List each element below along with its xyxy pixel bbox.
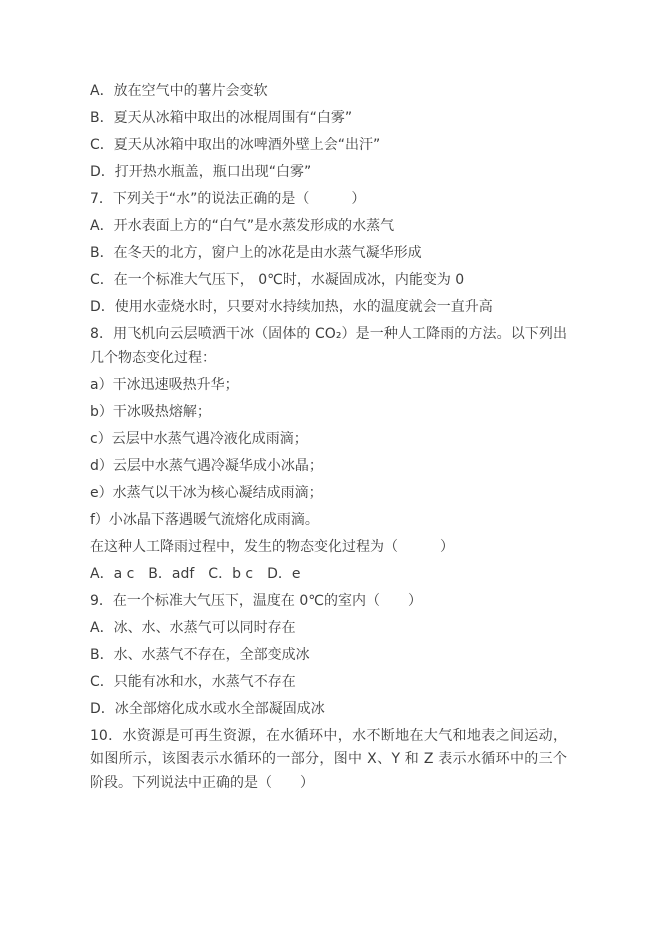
q9-option-b: B．水、水蒸气不存在，全部变成冰: [90, 644, 567, 668]
q8-process-f: f）小冰晶下落遇暖气流熔化成雨滴。: [90, 509, 567, 533]
q7-option-c: C．在一个标准大气压下， 0℃时，水凝固成冰，内能变为 0: [90, 269, 567, 293]
q8-options: A．a c B．adf C．b c D．e: [90, 563, 567, 587]
q9-stem: 9．在一个标准大气压下，温度在 0℃的室内（ ）: [90, 590, 567, 614]
q8-process-e: e）水蒸气以干冰为核心凝结成雨滴；: [90, 482, 567, 506]
q9-option-c: C．只能有冰和水，水蒸气不存在: [90, 671, 567, 695]
q8-process-a: a）干冰迅速吸热升华；: [90, 374, 567, 398]
q6-option-b: B．夏天从冰箱中取出的冰棍周围有“白雾”: [90, 107, 567, 131]
q8-process-d: d）云层中水蒸气遇冷凝华成小冰晶；: [90, 455, 567, 479]
q9-option-d: D．冰全部熔化成水或水全部凝固成冰: [90, 698, 567, 722]
q8-stem: 8．用飞机向云层喷洒干冰（固体的 CO₂）是一种人工降雨的方法。以下列出几个物态…: [90, 323, 567, 370]
q8-process-b: b）干冰吸热熔解；: [90, 401, 567, 425]
q7-option-d: D．使用水壶烧水时，只要对水持续加热，水的温度就会一直升高: [90, 296, 567, 320]
q9-option-a: A．冰、水、水蒸气可以同时存在: [90, 617, 567, 641]
q6-option-d: D．打开热水瓶盖，瓶口出现“白雾”: [90, 161, 567, 185]
q7-option-b: B．在冬天的北方，窗户上的冰花是由水蒸气凝华形成: [90, 242, 567, 266]
q6-option-a: A．放在空气中的薯片会变软: [90, 80, 567, 104]
document-page: A．放在空气中的薯片会变软 B．夏天从冰箱中取出的冰棍周围有“白雾” C．夏天从…: [0, 0, 661, 935]
q8-question-line: 在这种人工降雨过程中，发生的物态变化过程为（ ）: [90, 536, 567, 560]
exam-text-block: A．放在空气中的薯片会变软 B．夏天从冰箱中取出的冰棍周围有“白雾” C．夏天从…: [90, 80, 567, 799]
q7-option-a: A．开水表面上方的“白气”是水蒸发形成的水蒸气: [90, 215, 567, 239]
q10-stem: 10．水资源是可再生资源，在水循环中，水不断地在大气和地表之间运动，如图所示，该…: [90, 725, 567, 796]
q8-process-c: c）云层中水蒸气遇冷液化成雨滴；: [90, 428, 567, 452]
q7-stem: 7．下列关于“水”的说法正确的是（ ）: [90, 188, 567, 212]
q6-option-c: C．夏天从冰箱中取出的冰啤酒外壁上会“出汗”: [90, 134, 567, 158]
